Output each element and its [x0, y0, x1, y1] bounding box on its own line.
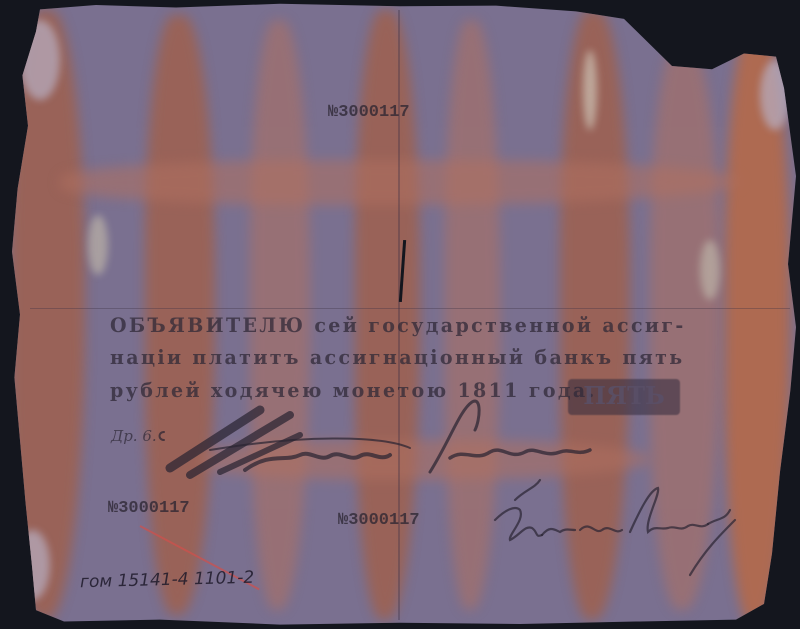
pale-patch-bottom-left [15, 530, 50, 600]
pale-watermark-left [88, 215, 108, 275]
fold-horizontal [30, 308, 790, 309]
serial-number-top: №3000117 [328, 103, 410, 122]
body-text-line-2: нацiи платитъ ассигнацiонный банкъ пять [110, 345, 685, 369]
pale-watermark-right [700, 240, 720, 300]
pale-watermark-oval [583, 50, 597, 130]
body-text-line-3: рублей ходячею монетою 1811 года. [110, 378, 597, 402]
pale-patch-top-right [760, 60, 790, 130]
photo-scene: №3000117 №3000117 №3000117 ОБЪЯВИТЕЛЮ се… [0, 0, 800, 629]
signature-bottom-right [480, 480, 740, 580]
stain-horizontal-1 [60, 160, 740, 205]
body-text-line-1: ОБЪЯВИТЕЛЮ сей государственной ассиг- [110, 313, 686, 337]
serial-number-bottom-left: №3000117 [108, 499, 190, 518]
pale-patch-top-left [20, 20, 60, 100]
signature-center [150, 400, 610, 490]
serial-number-bottom-center: №3000117 [338, 511, 420, 530]
stain-left-edge [10, 10, 85, 620]
